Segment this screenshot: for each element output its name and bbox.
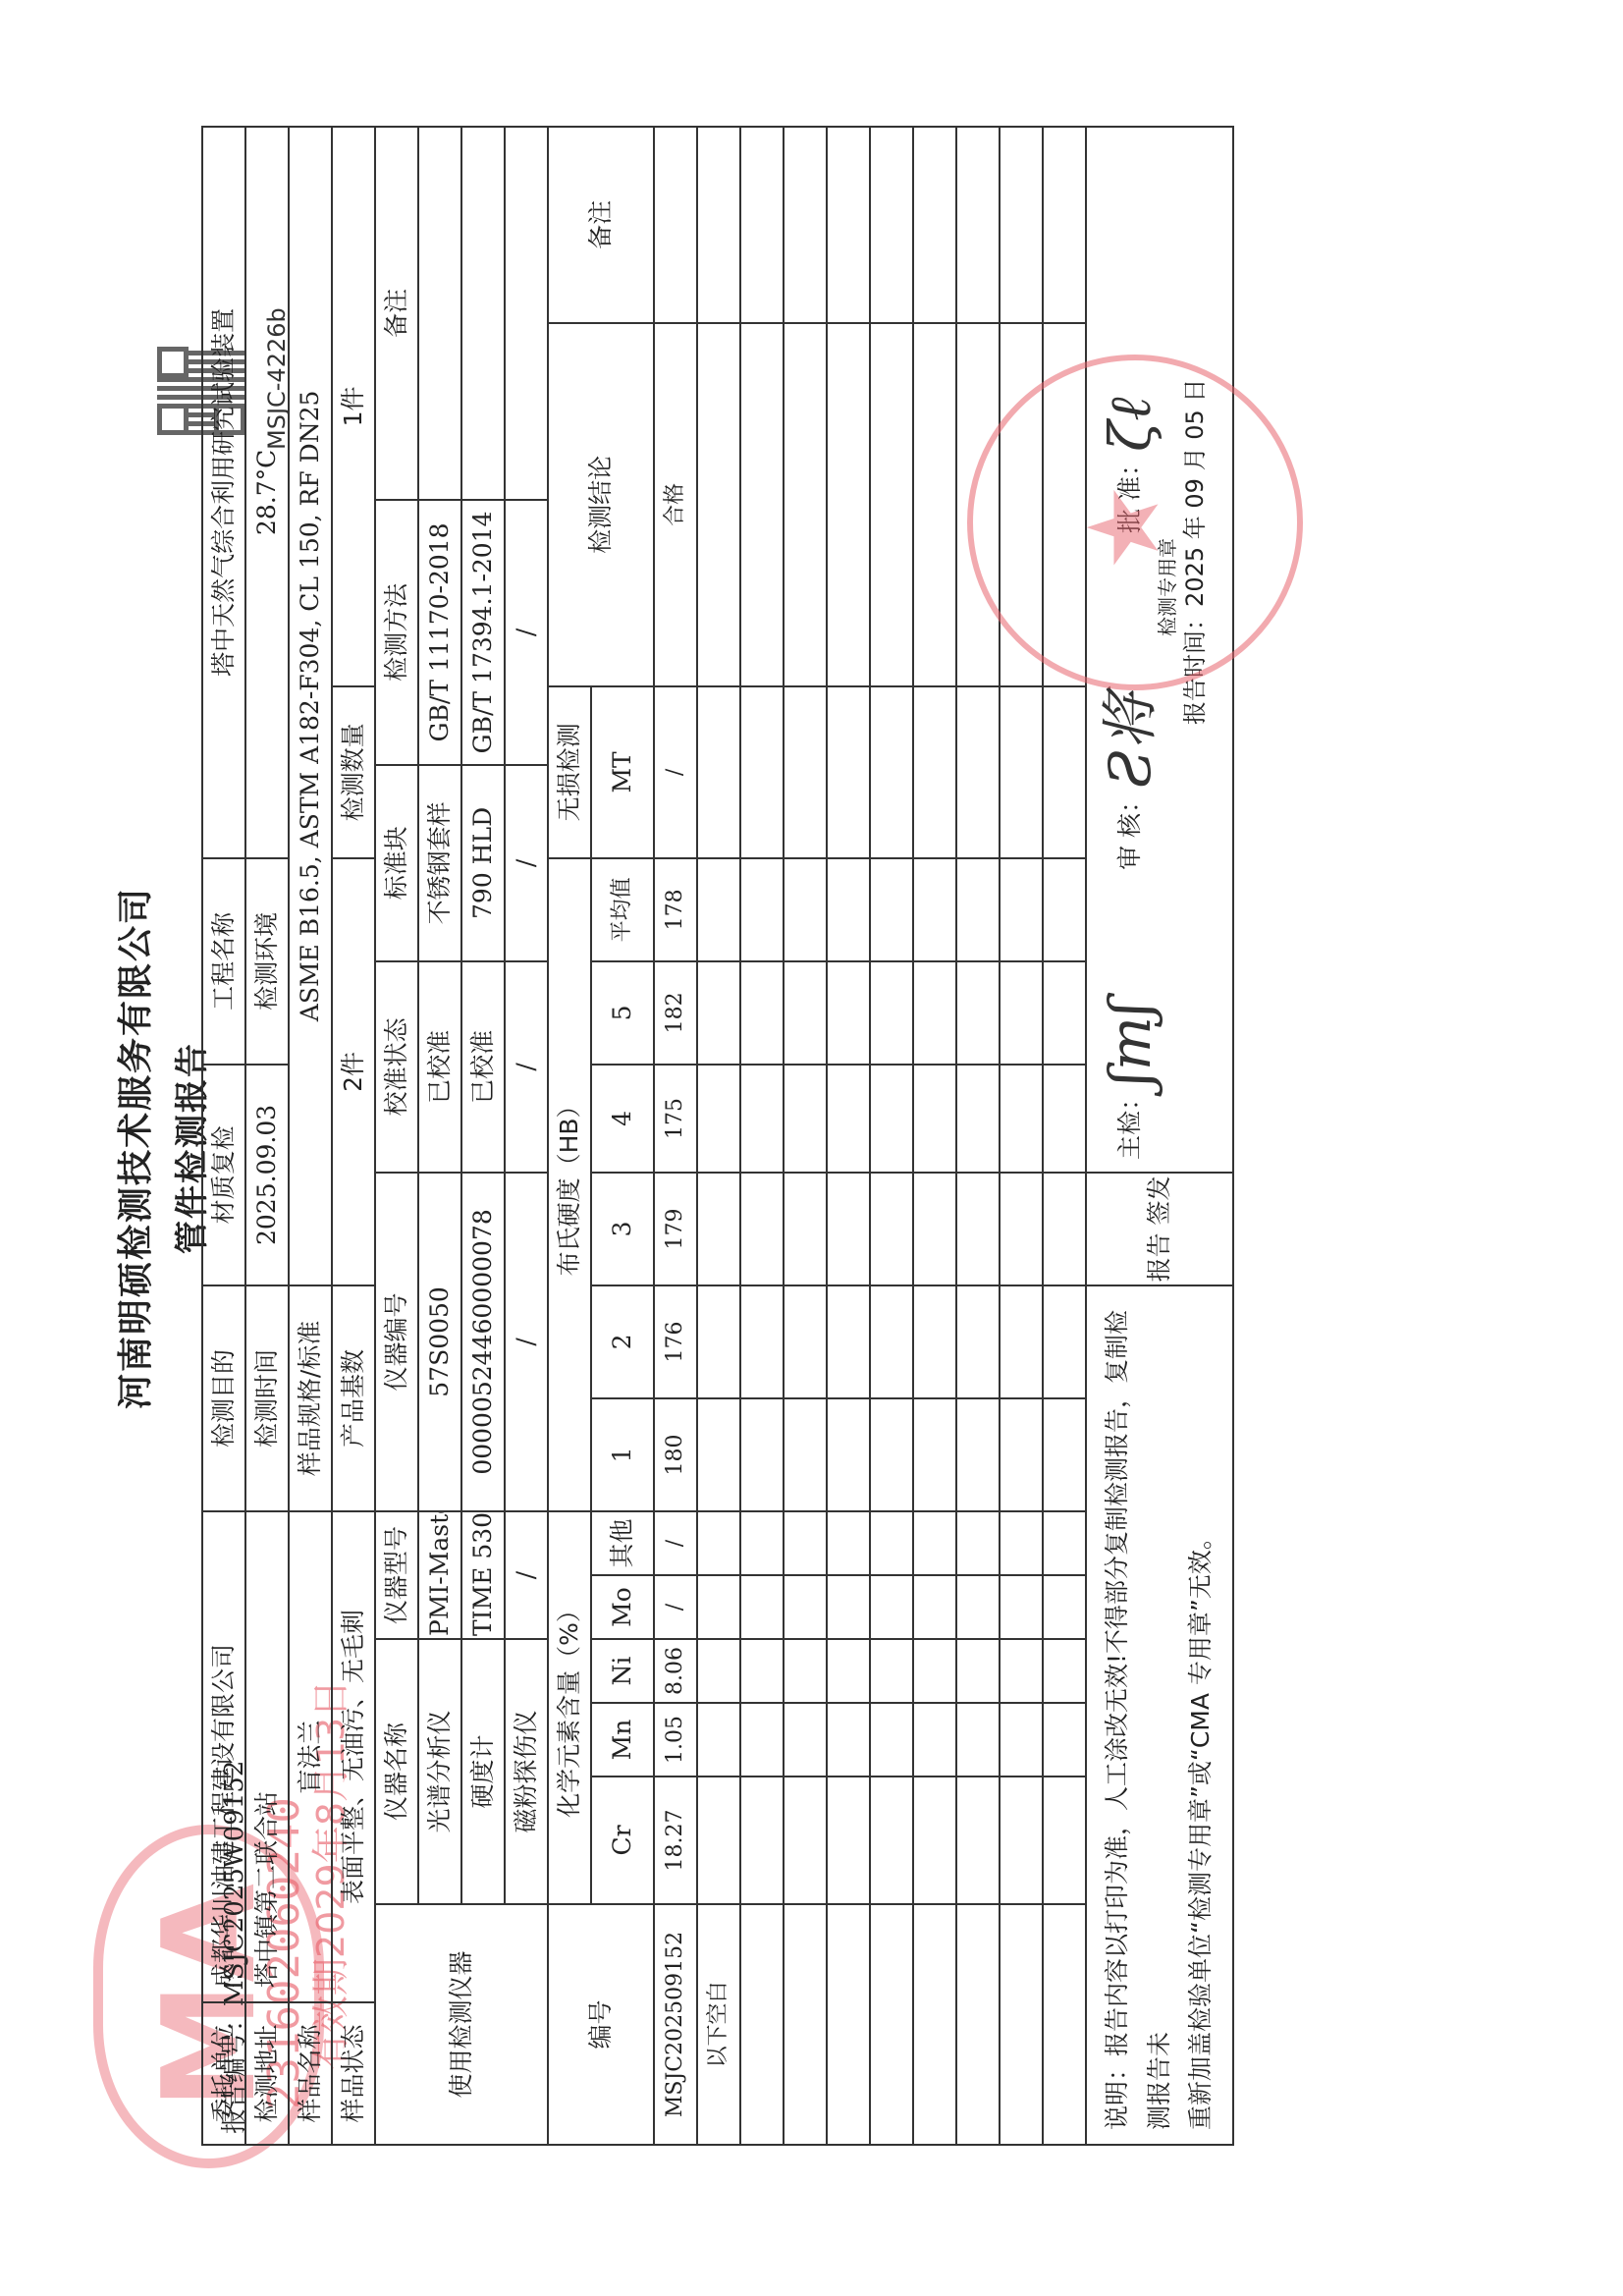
chem-col-other: 其他 <box>591 1511 654 1575</box>
site-label: 检测地址 <box>245 2002 289 2145</box>
conclusion-value: 合格 <box>654 323 697 686</box>
empty-row <box>740 127 784 2145</box>
instrument-row: 硬度计 TIME 5300 00000524460000078 已校准 790 … <box>461 127 505 2145</box>
ndt-mt-value: / <box>654 686 697 858</box>
hb-1-value: 180 <box>654 1398 697 1511</box>
info-row-sample: 样品名称 盲法兰 样品规格/标准 ASME B16.5, ASTM A182-F… <box>289 127 332 2145</box>
hb-2-value: 176 <box>654 1285 697 1398</box>
instrument-model: PMI-MasterSmart <box>418 1511 461 1639</box>
chem-ni-value: 8.06 <box>654 1639 697 1703</box>
instrument-standard-block: / <box>505 765 548 961</box>
instrument-name: 磁粉探伤仪 <box>505 1639 548 1904</box>
method-header: 检测方法 <box>375 500 418 765</box>
instrument-remark-header: 备注 <box>375 127 418 500</box>
base-label: 产品基数 <box>332 1285 375 1511</box>
report-sheet: MA 231602060240 有效期2029年8月13日 河南明硕检测技术服务… <box>0 0 1623 2296</box>
instrument-calibration: 已校准 <box>418 961 461 1173</box>
empty-row <box>870 127 913 2145</box>
chem-mn-value: 1.05 <box>654 1703 697 1777</box>
instrument-remark <box>505 127 548 500</box>
instrument-calibration: / <box>505 961 548 1173</box>
instrument-model-header: 仪器型号 <box>375 1511 418 1639</box>
instrument-method: GB/T 17394.1-2014 <box>461 500 505 765</box>
notes-cell: 说明：报告内容以打印为准，人工涂改无效!不得部分复制检测报告，复制检测报告未 重… <box>1086 1285 1233 2145</box>
instruments-group-label: 使用检测仪器 <box>375 1904 548 2145</box>
empty-row <box>956 127 1000 2145</box>
purpose-value: 材质复检 <box>202 1065 245 1285</box>
state-label: 样品状态 <box>332 2002 375 2145</box>
client-label: 委托单位 <box>202 2002 245 2145</box>
info-row-state: 样品状态 表面平整、无油污、无毛刺 产品基数 2件 检测数量 1件 <box>332 127 375 2145</box>
hb-col-5: 5 <box>591 961 654 1065</box>
reviewer-label: 审 核： <box>1117 789 1143 870</box>
chem-col-ni: Ni <box>591 1639 654 1703</box>
sample-id: MSJC202509152 <box>654 1904 697 2145</box>
empty-row <box>827 127 870 2145</box>
spec-label: 样品规格/标准 <box>289 1285 332 1511</box>
chem-mo-value: / <box>654 1575 697 1639</box>
chem-other-value: / <box>654 1511 697 1575</box>
empty-row <box>784 127 827 2145</box>
chem-header: 化学元素含量（%） <box>548 1511 591 1904</box>
instrument-remark <box>461 127 505 500</box>
conclusion-header: 检测结论 <box>548 323 654 686</box>
sample-value: 盲法兰 <box>289 1511 332 2002</box>
instrument-row: 磁粉探伤仪 / / / / / <box>505 127 548 2145</box>
hb-header: 布氏硬度（HB） <box>548 858 591 1511</box>
chem-col-mo: Mo <box>591 1575 654 1639</box>
seal-star-icon: ★ <box>1066 483 1181 572</box>
instrument-name: 光谱分析仪 <box>418 1639 461 1904</box>
info-row-site: 检测地址 塔中镇第二联合站 检测时间 2025.09.03 检测环境 28.7°… <box>245 127 289 2145</box>
note-line-1: 说明：报告内容以打印为准，人工涂改无效!不得部分复制检测报告，复制检测报告未 <box>1097 1300 1180 2130</box>
env-value: 28.7°C <box>245 127 289 858</box>
blank-marker-row: 以下空白 <box>697 127 740 2145</box>
instrument-standard-block: 790 HLD <box>461 765 505 961</box>
hb-col-average: 平均值 <box>591 858 654 961</box>
project-label: 工程名称 <box>202 858 245 1065</box>
company-name: 河南明硕检测技术服务有限公司 <box>108 0 158 2296</box>
state-value: 表面平整、无油污、无毛刺 <box>332 1511 375 2002</box>
ndt-header: 无损检测 <box>548 686 591 858</box>
time-value: 2025.09.03 <box>245 1065 289 1285</box>
instrument-method: GB/T 11170-2018 <box>418 500 461 765</box>
issue-label: 报告 签发 <box>1086 1173 1233 1285</box>
instrument-name-header: 仪器名称 <box>375 1639 418 1904</box>
hb-3-value: 179 <box>654 1173 697 1285</box>
instrument-serial-header: 仪器编号 <box>375 1173 418 1511</box>
qty-label: 检测数量 <box>332 686 375 858</box>
ndt-col-mt: MT <box>591 686 654 858</box>
official-seal: ★ <box>967 355 1303 690</box>
empty-row <box>913 127 956 2145</box>
time-label: 检测时间 <box>245 1285 289 1511</box>
standard-block-header: 标准块 <box>375 765 418 961</box>
chem-col-mn: Mn <box>591 1703 654 1777</box>
project-value: 塔中天然气综合利用研究试验装置 <box>202 127 245 858</box>
purpose-label: 检测目的 <box>202 1285 245 1511</box>
remark-value <box>654 127 697 323</box>
hb-col-1: 1 <box>591 1398 654 1511</box>
inspector-signature: ʃmʃ <box>1101 870 1161 1086</box>
blank-marker: 以下空白 <box>697 1904 740 2145</box>
spec-value: ASME B16.5, ASTM A182-F304, CL 150, RF D… <box>289 127 332 1285</box>
instrument-model: / <box>505 1511 548 1639</box>
instrument-serial: 57S0050 <box>418 1173 461 1511</box>
chem-cr-value: 18.27 <box>654 1777 697 1904</box>
env-label: 检测环境 <box>245 858 289 1065</box>
sample-label: 样品名称 <box>289 2002 332 2145</box>
hb-col-3: 3 <box>591 1173 654 1285</box>
instrument-remark <box>418 127 461 500</box>
calibration-header: 校准状态 <box>375 961 418 1173</box>
instrument-standard-block: 不锈钢套样 <box>418 765 461 961</box>
hb-5-value: 182 <box>654 961 697 1065</box>
instrument-header-row: 使用检测仪器 仪器名称 仪器型号 仪器编号 校准状态 标准块 检测方法 备注 <box>375 127 418 2145</box>
instrument-serial: 00000524460000078 <box>461 1173 505 1511</box>
instrument-calibration: 已校准 <box>461 961 505 1173</box>
remark-header: 备注 <box>548 127 654 323</box>
info-row-client: 委托单位 成都华川油建工程建设有限公司 检测目的 材质复检 工程名称 塔中天然气… <box>202 127 245 2145</box>
client-value: 成都华川油建工程建设有限公司 <box>202 1511 245 2002</box>
chem-col-cr: Cr <box>591 1777 654 1904</box>
site-value: 塔中镇第二联合站 <box>245 1511 289 2002</box>
note-line-2: 重新加盖检验单位“检测专用章”或“CMA 专用章”无效。 <box>1180 1300 1222 2130</box>
hb-col-2: 2 <box>591 1285 654 1398</box>
results-header-row: 编号 化学元素含量（%） 布氏硬度（HB） 无损检测 检测结论 备注 <box>548 127 591 2145</box>
id-header: 编号 <box>548 1904 654 2145</box>
instrument-method: / <box>505 500 548 765</box>
qty-value: 1件 <box>332 127 375 686</box>
hb-average-value: 178 <box>654 858 697 961</box>
instrument-serial: / <box>505 1173 548 1511</box>
base-value: 2件 <box>332 858 375 1285</box>
instrument-row: 光谱分析仪 PMI-MasterSmart 57S0050 已校准 不锈钢套样 … <box>418 127 461 2145</box>
result-row: MSJC202509152 18.27 1.05 8.06 / / 180 17… <box>654 127 697 2145</box>
instrument-name: 硬度计 <box>461 1639 505 1904</box>
instrument-model: TIME 5300 <box>461 1511 505 1639</box>
hb-4-value: 175 <box>654 1065 697 1173</box>
inspector-label: 主检： <box>1117 1086 1143 1160</box>
hb-col-4: 4 <box>591 1065 654 1173</box>
